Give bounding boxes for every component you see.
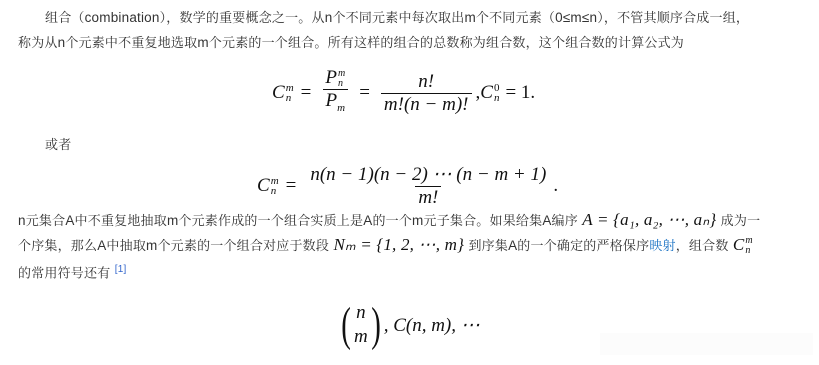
math-symbol: C <box>480 82 493 104</box>
math-symbol: P <box>326 90 338 111</box>
text: ，组合数 <box>676 239 729 254</box>
binomial: ( nm ) <box>338 301 384 349</box>
fraction-product: n(n − 1)(n − 2) ⋯ (n − m + 1) m! <box>307 164 549 209</box>
text-latin: combination <box>85 10 160 25</box>
right-paren: ) <box>371 301 381 349</box>
math-sub: n <box>271 186 279 196</box>
text: 个元素的一个组合对应于数段 <box>157 239 329 254</box>
math-period: . <box>553 175 558 197</box>
text: 个不同元素中每次取出 <box>332 11 464 26</box>
math-symbol: C <box>272 82 285 104</box>
watermark-area <box>600 333 813 355</box>
paragraph-2-line-2: 个序集，那么A中抽取m个元素的一个组合对应于数段 Nₘ = {1, 2, ⋯, … <box>18 236 753 256</box>
combination-formula-product: C mn = n(n − 1)(n − 2) ⋯ (n − m + 1) m! … <box>257 163 558 209</box>
notation-formula: ( nm ) , C(n, m), ⋯ <box>338 300 480 350</box>
text-latin: m <box>412 213 423 228</box>
text: 中不重复地抽取 <box>75 214 167 229</box>
math-operator: = <box>286 175 297 197</box>
text: 中抽取 <box>106 239 146 254</box>
math-sub: n <box>494 93 500 103</box>
paragraph-2-line-3: 的常用符号还有 [1] <box>18 261 126 283</box>
fraction-permutation: Pmn Pm <box>322 67 348 119</box>
text-latin: m <box>146 238 157 253</box>
text: 组合（ <box>45 11 85 26</box>
paragraph-1-line-2: 称为从n个元素中不重复地选取m个元素的一个组合。所有这样的组合的总数称为组合数，… <box>18 34 684 53</box>
inline-math-set-a: A = {a₁, a₂, ⋯, aₙ} <box>582 210 716 229</box>
fraction-factorial: n! m!(n − m)! <box>381 71 472 116</box>
math-sub: m <box>337 102 345 114</box>
math-denominator: m! <box>415 186 441 209</box>
paragraph-2-line-1: n元集合A中不重复地抽取m个元素作成的一个组合实质上是A的一个m元子集合。如果给… <box>18 211 760 231</box>
math-sub: n <box>745 246 752 256</box>
math-operator: = <box>359 82 370 104</box>
text-latin: m <box>167 213 178 228</box>
text: 到序集 <box>468 239 508 254</box>
text-latin: m <box>464 10 475 25</box>
text: 的一个确定的严格保序 <box>517 239 649 254</box>
math-symbol: C <box>733 235 745 254</box>
math-numerator: n(n − 1)(n − 2) ⋯ (n − m + 1) <box>307 164 549 186</box>
text: 编序 <box>552 214 578 229</box>
inline-math-segment-n: Nₘ = {1, 2, ⋯, m} <box>333 235 464 254</box>
paragraph-1-line-1: 组合（combination），数学的重要概念之一。从n个不同元素中每次取出m个… <box>45 9 749 28</box>
text: 元集合 <box>26 214 66 229</box>
text: 称为从 <box>18 36 58 51</box>
text: ），不管其顺序合成一组， <box>597 11 749 26</box>
math-symbol: C <box>257 175 270 197</box>
math-rest: , C(n, m), ⋯ <box>384 314 480 337</box>
text-latin: n <box>18 213 26 228</box>
text: 个元素作成的一个组合实质上是 <box>178 214 363 229</box>
text: 个元素的一个组合。所有这样的组合的总数称为组合数，这个组合数的计算公式为 <box>209 36 684 51</box>
text: 的一个 <box>372 214 412 229</box>
text: 个不同元素（ <box>476 11 555 26</box>
math-sub: n <box>286 93 294 103</box>
combination-formula: C mn = Pmn Pm = n! m!(n − m)! , C 0n = 1… <box>272 70 535 116</box>
text-latin: 0≤m≤n <box>555 10 597 25</box>
math-denominator: m!(n − m)! <box>381 93 472 116</box>
text-latin: A <box>65 213 74 228</box>
text: 个元素中不重复地选取 <box>65 36 197 51</box>
math-symbol: P <box>325 67 337 88</box>
text: 的常用符号还有 <box>18 266 110 281</box>
binom-bottom: m <box>354 325 368 349</box>
text: 元子集合。如果给集 <box>424 214 543 229</box>
text: ），数学的重要概念之一。从 <box>160 11 325 26</box>
text-latin: A <box>542 213 551 228</box>
left-paren: ( <box>341 301 351 349</box>
math-operator: = <box>301 82 312 104</box>
reference-link[interactable]: [1] <box>115 264 127 275</box>
math-numerator: n! <box>415 71 437 93</box>
text: 成为一 <box>721 214 761 229</box>
text-latin: m <box>197 35 208 50</box>
inline-math-cnm: Cmn <box>733 235 753 254</box>
text: 个序集，那么 <box>18 239 97 254</box>
mapping-link[interactable]: 映射 <box>649 239 675 254</box>
text-latin: A <box>508 238 517 253</box>
math-sub: n <box>338 79 345 89</box>
binom-top: n <box>356 301 366 325</box>
math-rhs: = 1. <box>505 82 535 104</box>
or-label: 或者 <box>45 137 71 155</box>
